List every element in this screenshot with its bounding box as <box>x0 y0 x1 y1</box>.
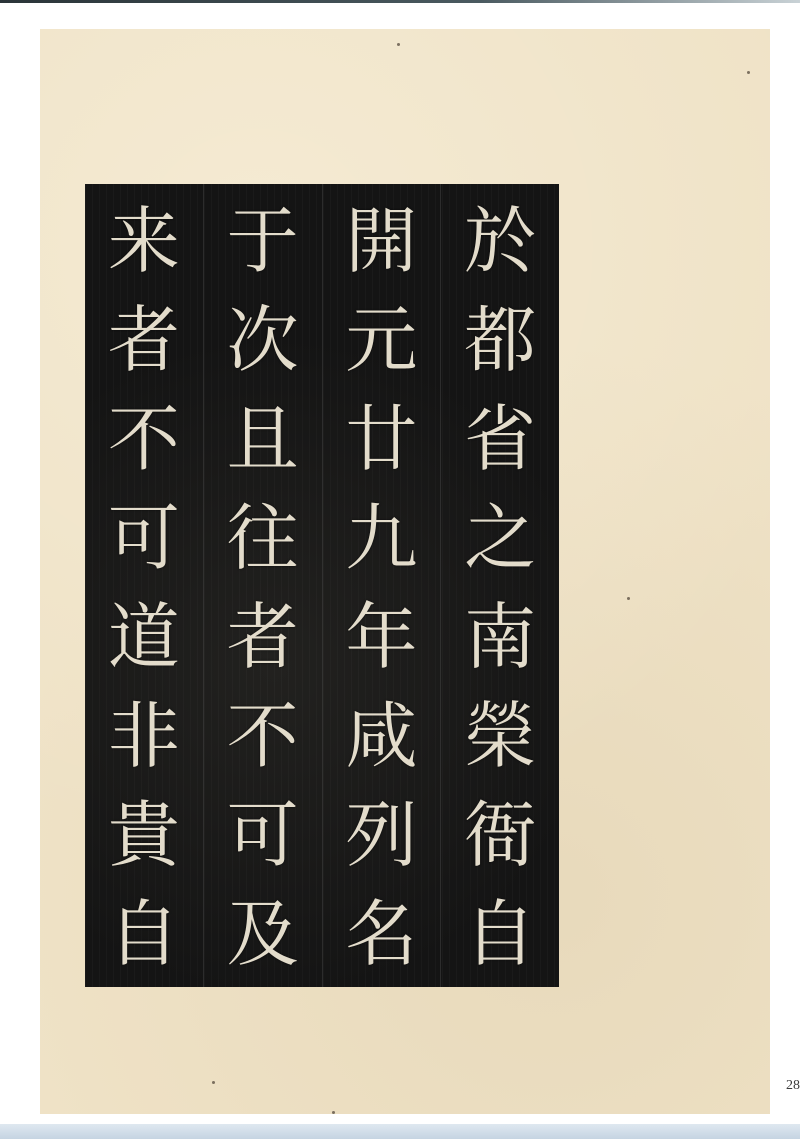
character: 者 <box>227 588 299 687</box>
character: 道 <box>108 588 180 687</box>
character: 榮 <box>464 687 536 786</box>
character: 南 <box>464 588 536 687</box>
character: 元 <box>345 291 417 390</box>
character: 之 <box>464 489 536 588</box>
character: 省 <box>464 390 536 489</box>
page-number: 28 <box>786 1078 800 1094</box>
paper-speck <box>397 43 400 46</box>
rubbing-column-3: 于 次 且 往 者 不 可 及 <box>203 184 322 987</box>
character: 廿 <box>345 390 417 489</box>
character: 列 <box>345 786 417 885</box>
character: 来 <box>108 192 180 291</box>
character: 九 <box>345 489 417 588</box>
character: 次 <box>227 291 299 390</box>
character: 都 <box>464 291 536 390</box>
character: 者 <box>108 291 180 390</box>
character: 可 <box>227 786 299 885</box>
character: 非 <box>108 687 180 786</box>
character: 年 <box>345 588 417 687</box>
paper-speck <box>747 71 750 74</box>
character: 不 <box>227 687 299 786</box>
character: 可 <box>108 489 180 588</box>
character: 且 <box>227 390 299 489</box>
character: 及 <box>227 885 299 984</box>
paper-speck <box>212 1081 215 1084</box>
scan-top-edge <box>0 0 800 3</box>
character: 自 <box>464 885 536 984</box>
character: 衙 <box>464 786 536 885</box>
stele-rubbing: 於 都 省 之 南 榮 衙 自 開 元 廿 九 年 咸 列 名 于 次 且 往 … <box>85 184 559 987</box>
rubbing-column-4: 来 者 不 可 道 非 貴 自 <box>85 184 203 987</box>
character: 開 <box>345 192 417 291</box>
character: 貴 <box>108 786 180 885</box>
character: 名 <box>345 885 417 984</box>
character: 往 <box>227 489 299 588</box>
character: 自 <box>108 885 180 984</box>
paper-speck <box>332 1111 335 1114</box>
character: 不 <box>108 390 180 489</box>
character: 於 <box>464 192 536 291</box>
paper-speck <box>627 597 630 600</box>
character: 咸 <box>345 687 417 786</box>
character: 于 <box>227 192 299 291</box>
rubbing-column-2: 開 元 廿 九 年 咸 列 名 <box>322 184 441 987</box>
rubbing-column-1: 於 都 省 之 南 榮 衙 自 <box>440 184 559 987</box>
scan-bottom-edge <box>0 1124 800 1139</box>
